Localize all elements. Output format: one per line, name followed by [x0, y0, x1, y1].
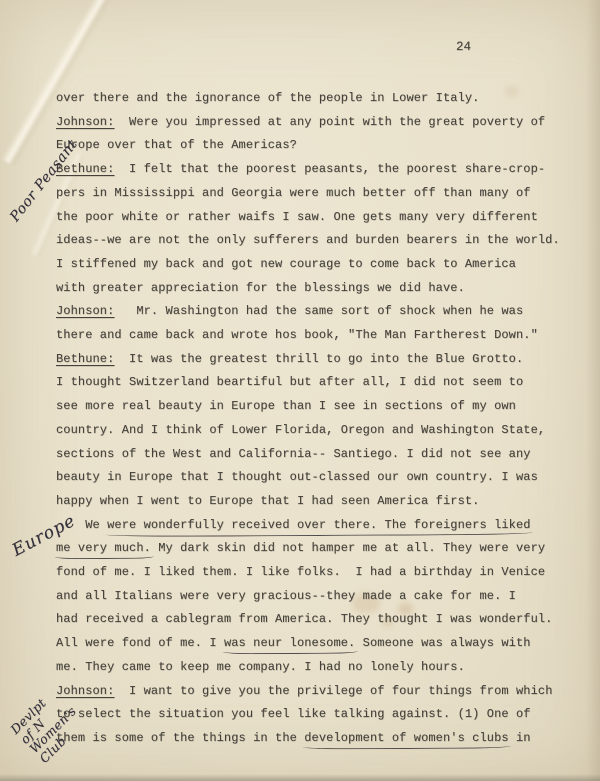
transcript-line: beauty in Europe that I thought out-clas…: [56, 466, 560, 490]
typed-text: the poor white or rather waifs I saw. On…: [56, 210, 538, 224]
typed-text: ideas--we are not the only sufferers and…: [56, 233, 560, 247]
underlined-text: Johnson:: [56, 115, 114, 129]
typed-text: It was the greatest thrill to go into th…: [114, 352, 523, 366]
typed-text: happy when I went to Europe that I had s…: [56, 494, 479, 508]
typed-text: there and came back and wrote hos book, …: [56, 328, 538, 342]
typed-text: I stiffened my back and got new courage …: [56, 257, 516, 271]
typed-text: Europe over that of the Americas?: [56, 138, 297, 152]
transcript-line: to select the situation you feel like ta…: [56, 703, 560, 727]
typed-text: in: [509, 731, 531, 745]
typed-text: sections of the West and California-- Sa…: [56, 447, 531, 461]
document-page: 24 over there and the ignorance of the p…: [0, 0, 600, 781]
underlined-text: development of women's clubs: [304, 731, 508, 745]
transcript-line: fond of me. I liked them. I like folks. …: [56, 561, 560, 585]
scan-right-edge-shadow: [586, 0, 600, 781]
typed-text: to select the situation you feel like ta…: [56, 707, 531, 721]
transcript-line: We were wonderfully received over there.…: [56, 514, 560, 538]
underlined-text: was neur lonesome.: [224, 636, 355, 650]
typed-text: fond of me. I liked them. I like folks. …: [56, 565, 545, 579]
transcript-line: there and came back and wrote hos book, …: [56, 324, 560, 348]
transcript-line: me very much. My dark skin did not hampe…: [56, 537, 560, 561]
transcript-line: Europe over that of the Americas?: [56, 134, 560, 158]
typed-text: I thought Switzerland beartiful but afte…: [56, 375, 523, 389]
typed-text: me. They came to keep me company. I had …: [56, 660, 465, 674]
transcript-line: Bethune: It was the greatest thrill to g…: [56, 348, 560, 372]
typed-text: My dark skin did not hamper me at all. T…: [151, 541, 545, 555]
typed-text: country. And I think of Lower Florida, O…: [56, 423, 545, 437]
transcript-line: over there and the ignorance of the peop…: [56, 87, 560, 111]
underlined-text: were wonderfully received over there. Th…: [107, 518, 530, 532]
transcript-line: had received a cablegram from America. T…: [56, 608, 560, 632]
typed-text: Were you impressed at any point with the…: [114, 115, 545, 129]
typed-text: I want to give you the privilege of four…: [114, 684, 552, 698]
underlined-text: me very much.: [56, 541, 151, 555]
transcript-line: I thought Switzerland beartiful but afte…: [56, 371, 560, 395]
transcript-line: me. They came to keep me company. I had …: [56, 656, 560, 680]
underlined-text: Johnson:: [56, 684, 114, 698]
transcript-line: pers in Mississippi and Georgia were muc…: [56, 182, 560, 206]
transcript-line: country. And I think of Lower Florida, O…: [56, 419, 560, 443]
page-number: 24: [456, 40, 471, 54]
transcript-line: Johnson: I want to give you the privileg…: [56, 680, 560, 704]
transcript-line: them is some of the things in the develo…: [56, 727, 560, 751]
transcript-line: see more real beauty in Europe than I se…: [56, 395, 560, 419]
transcript-line: All were fond of me. I was neur lonesome…: [56, 632, 560, 656]
typed-text: over there and the ignorance of the peop…: [56, 91, 479, 105]
transcript-line: sections of the West and California-- Sa…: [56, 443, 560, 467]
transcript-line: and all Italians were very gracious--the…: [56, 585, 560, 609]
typed-text: with greater appreciation for the blessi…: [56, 281, 465, 295]
underlined-text: Johnson:: [56, 304, 114, 318]
typed-text: Mr. Washington had the same sort of shoc…: [114, 304, 523, 318]
typed-text: and all Italians were very gracious--the…: [56, 589, 516, 603]
transcript-line: the poor white or rather waifs I saw. On…: [56, 206, 560, 230]
typed-text: All were fond of me. I: [56, 636, 224, 650]
transcript-line: ideas--we are not the only sufferers and…: [56, 229, 560, 253]
transcript-line: Bethune: I felt that the poorest peasant…: [56, 158, 560, 182]
typed-text: I felt that the poorest peasants, the po…: [114, 162, 545, 176]
transcript-line: I stiffened my back and got new courage …: [56, 253, 560, 277]
typed-text: beauty in Europe that I thought out-clas…: [56, 470, 538, 484]
typed-text: had received a cablegram from America. T…: [56, 612, 552, 626]
transcript-line: Johnson: Mr. Washington had the same sor…: [56, 300, 560, 324]
transcript-line: happy when I went to Europe that I had s…: [56, 490, 560, 514]
typed-text: pers in Mississippi and Georgia were muc…: [56, 186, 531, 200]
transcript-line: with greater appreciation for the blessi…: [56, 277, 560, 301]
underlined-text: Bethune:: [56, 352, 114, 366]
transcript: over there and the ignorance of the peop…: [56, 87, 560, 751]
typed-text: see more real beauty in Europe than I se…: [56, 399, 516, 413]
scan-bottom-edge-shadow: [0, 774, 600, 781]
transcript-line: Johnson: Were you impressed at any point…: [56, 111, 560, 135]
typed-text: them is some of the things in the: [56, 731, 304, 745]
typed-text: Someone was always with: [355, 636, 530, 650]
